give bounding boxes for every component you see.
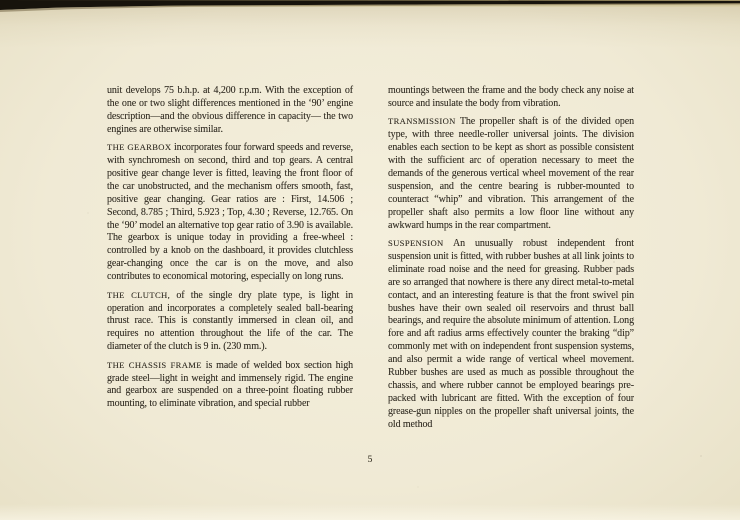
scanned-book-page: unit develops 75 b.h.p. at 4,200 r.p.m. … — [0, 0, 740, 520]
paragraph-text: The propeller shaft is of the divided op… — [388, 116, 634, 230]
paragraph-suspension: SUSPENSION An unusually robust independe… — [388, 237, 634, 432]
paragraph-gearbox: THE GEARBOX incorporates four forward sp… — [107, 141, 353, 284]
paragraph-text: unit develops 75 b.h.p. at 4,200 r.p.m. … — [107, 85, 353, 135]
section-heading-clutch: THE CLUTCH, — [107, 290, 170, 300]
section-heading-gearbox: THE GEARBOX — [107, 142, 171, 152]
page-number: 5 — [0, 455, 740, 465]
paragraph-chassis-frame: THE CHASSIS FRAME is made of welded box … — [107, 359, 353, 412]
paragraph-clutch: THE CLUTCH, of the single dry plate type… — [107, 289, 353, 355]
paragraph-engine: unit develops 75 b.h.p. at 4,200 r.p.m. … — [107, 85, 353, 137]
paragraph-transmission: TRANSMISSION The propeller shaft is of t… — [388, 115, 634, 232]
page-edge-graphic — [0, 0, 740, 16]
paragraph-text: incorporates four forward speeds and rev… — [107, 142, 353, 282]
paragraph-mountings: mountings between the frame and the body… — [388, 85, 634, 111]
paragraph-text: An unusually robust independent front su… — [388, 238, 634, 430]
section-heading-transmission: TRANSMISSION — [388, 116, 456, 126]
section-heading-chassis-frame: THE CHASSIS FRAME — [107, 360, 202, 370]
section-heading-suspension: SUSPENSION — [388, 238, 444, 248]
paragraph-text: mountings between the frame and the body… — [388, 85, 634, 109]
right-text-column: mountings between the frame and the body… — [388, 85, 634, 432]
page-top-edge-shadow — [0, 0, 740, 16]
left-text-column: unit develops 75 b.h.p. at 4,200 r.p.m. … — [107, 85, 353, 432]
text-columns: unit develops 75 b.h.p. at 4,200 r.p.m. … — [107, 85, 634, 432]
